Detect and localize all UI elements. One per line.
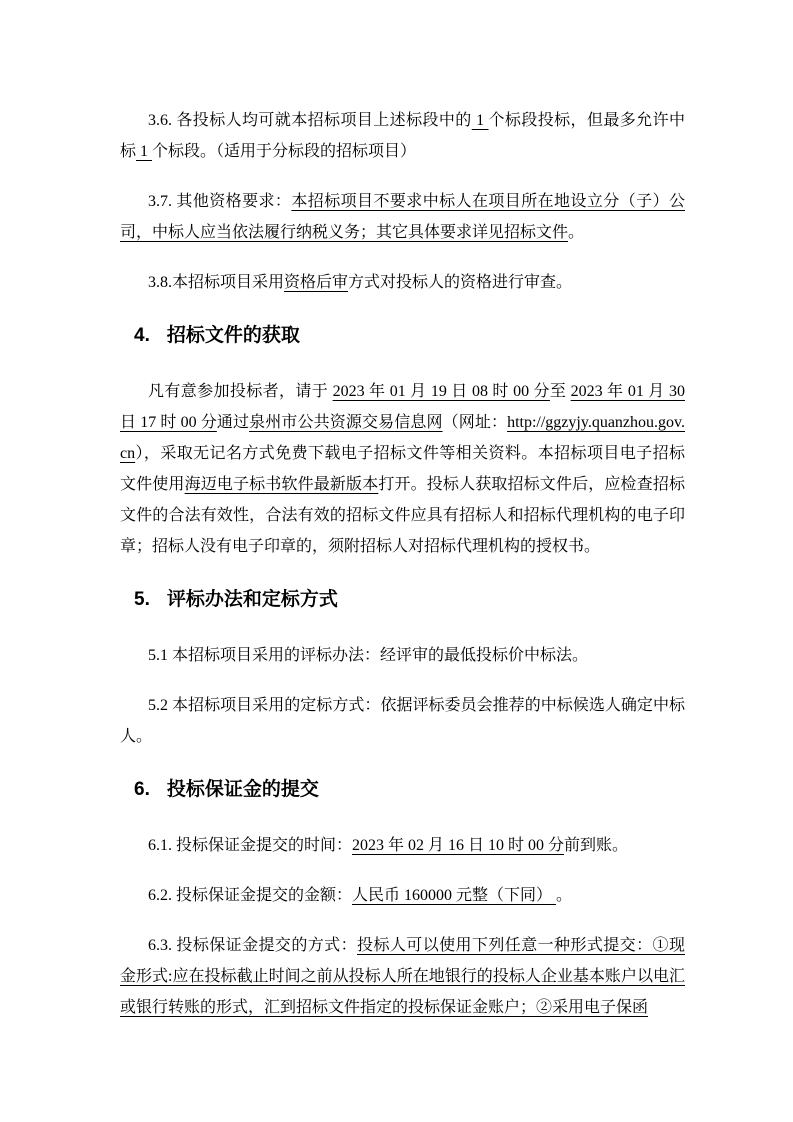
text-segment: 5.2 本招标项目采用的定标方式：依据评标委员会推荐的中标候选人确定中标人。 <box>120 697 685 745</box>
underlined-field: 人民币 160000 元整（下同） <box>352 887 556 904</box>
clause-5-1: 5.1 本招标项目采用的评标办法：经评审的最低投标价中标法。 <box>120 640 685 671</box>
heading-number: 5. <box>134 584 150 615</box>
text-segment: 5.1 本招标项目采用的评标办法：经评审的最低投标价中标法。 <box>148 647 588 664</box>
section-4-heading: 4.招标文件的获取 <box>120 320 685 351</box>
underlined-field: 资格后审 <box>284 274 348 291</box>
text-segment: 至 <box>550 383 571 400</box>
text-segment: 通过 <box>217 414 249 431</box>
text-segment: 。 <box>556 887 572 904</box>
underlined-field: 海迈电子标书软件最新版本 <box>185 476 379 493</box>
section-6-heading: 6.投标保证金的提交 <box>120 774 685 805</box>
section-5-heading: 5.评标办法和定标方式 <box>120 584 685 615</box>
text-segment: 个标段。（适用于分标段的招标项目） <box>152 143 416 160</box>
text-segment: 方式对投标人的资格进行审查。 <box>348 274 572 291</box>
underlined-field: 2023 年 01 月 19 日 08 时 00 分 <box>333 383 550 400</box>
heading-title: 评标办法和定标方式 <box>167 589 338 610</box>
text-segment: （网址： <box>443 414 508 431</box>
clause-3-6: 3.6. 各投标人均可就本招标项目上述标段中的 1 个标段投标，但最多允许中标 … <box>120 105 685 167</box>
text-segment: 凡有意参加投标者，请于 <box>148 383 333 400</box>
clause-3-7: 3.7. 其他资格要求：本招标项目不要求中标人在项目所在地设立分（子）公司，中标… <box>120 186 685 248</box>
clause-6-2: 6.2. 投标保证金提交的金额：人民币 160000 元整（下同） 。 <box>120 880 685 911</box>
text-segment: 前到账。 <box>564 837 628 854</box>
heading-title: 投标保证金的提交 <box>167 779 319 800</box>
clause-5-2: 5.2 本招标项目采用的定标方式：依据评标委员会推荐的中标候选人确定中标人。 <box>120 690 685 752</box>
underlined-field: 1 <box>472 112 489 129</box>
heading-number: 6. <box>134 774 150 805</box>
underlined-field: 2023 年 02 月 16 日 10 时 00 分 <box>352 837 564 854</box>
heading-number: 4. <box>134 320 150 351</box>
clause-3-8: 3.8.本招标项目采用资格后审方式对投标人的资格进行审查。 <box>120 267 685 298</box>
underlined-field: 1 <box>136 143 152 160</box>
section-4-body: 凡有意参加投标者，请于 2023 年 01 月 19 日 08 时 00 分至 … <box>120 376 685 562</box>
text-segment: 3.7. 其他资格要求： <box>148 193 291 210</box>
heading-title: 招标文件的获取 <box>167 325 300 346</box>
text-segment: 6.3. 投标保证金提交的方式： <box>148 937 357 954</box>
document-body: 3.6. 各投标人均可就本招标项目上述标段中的 1 个标段投标，但最多允许中标 … <box>120 105 685 1023</box>
clause-6-1: 6.1. 投标保证金提交的时间：2023 年 02 月 16 日 10 时 00… <box>120 830 685 861</box>
text-segment: 6.1. 投标保证金提交的时间： <box>148 837 352 854</box>
text-segment: 。 <box>568 224 584 241</box>
clause-6-3: 6.3. 投标保证金提交的方式：投标人可以使用下列任意一种形式提交：①现金形式:… <box>120 930 685 1023</box>
document-page: 3.6. 各投标人均可就本招标项目上述标段中的 1 个标段投标，但最多允许中标 … <box>0 0 793 1122</box>
text-segment: 3.6. 各投标人均可就本招标项目上述标段中的 <box>148 112 472 129</box>
underlined-field: 泉州市公共资源交易信息网 <box>249 414 442 431</box>
text-segment: 3.8.本招标项目采用 <box>148 274 284 291</box>
text-segment: 6.2. 投标保证金提交的金额： <box>148 887 352 904</box>
